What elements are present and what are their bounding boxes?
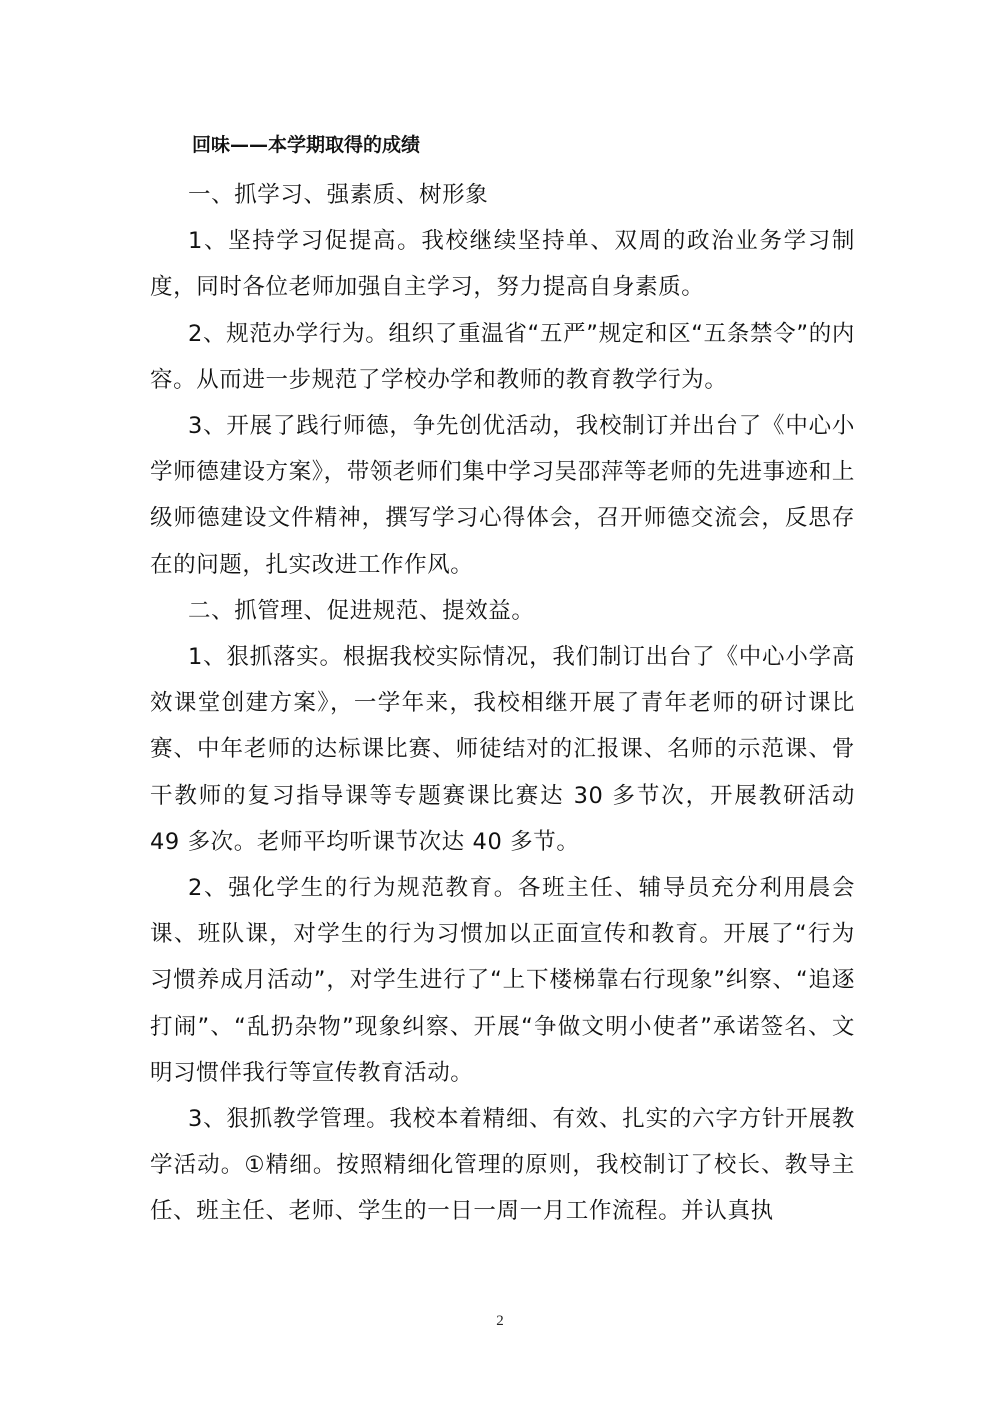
page-number: 2 — [0, 1313, 1000, 1330]
document-title: 回味——本学期取得的成绩 — [192, 127, 855, 163]
section-heading-2: 二、抓管理、促进规范、提效益。 — [150, 588, 855, 634]
document-page: 回味——本学期取得的成绩 一、抓学习、强素质、树形象 1、坚持学习促提高。我校继… — [150, 127, 855, 1235]
paragraph: 3、狠抓教学管理。我校本着精细、有效、扎实的六字方针开展教学活动。①精细。按照精… — [150, 1096, 855, 1235]
paragraph: 1、狠抓落实。根据我校实际情况，我们制订出台了《中心小学高效课堂创建方案》，一学… — [150, 634, 855, 865]
section-heading-1: 一、抓学习、强素质、树形象 — [150, 172, 855, 218]
paragraph: 1、坚持学习促提高。我校继续坚持单、双周的政治业务学习制度，同时各位老师加强自主… — [150, 218, 855, 310]
paragraph: 2、强化学生的行为规范教育。各班主任、辅导员充分利用晨会课、班队课，对学生的行为… — [150, 865, 855, 1096]
paragraph: 2、规范办学行为。组织了重温省“五严”规定和区“五条禁令”的内容。从而进一步规范… — [150, 311, 855, 403]
paragraph: 3、开展了践行师德，争先创优活动，我校制订并出台了《中心小学师德建设方案》，带领… — [150, 403, 855, 588]
